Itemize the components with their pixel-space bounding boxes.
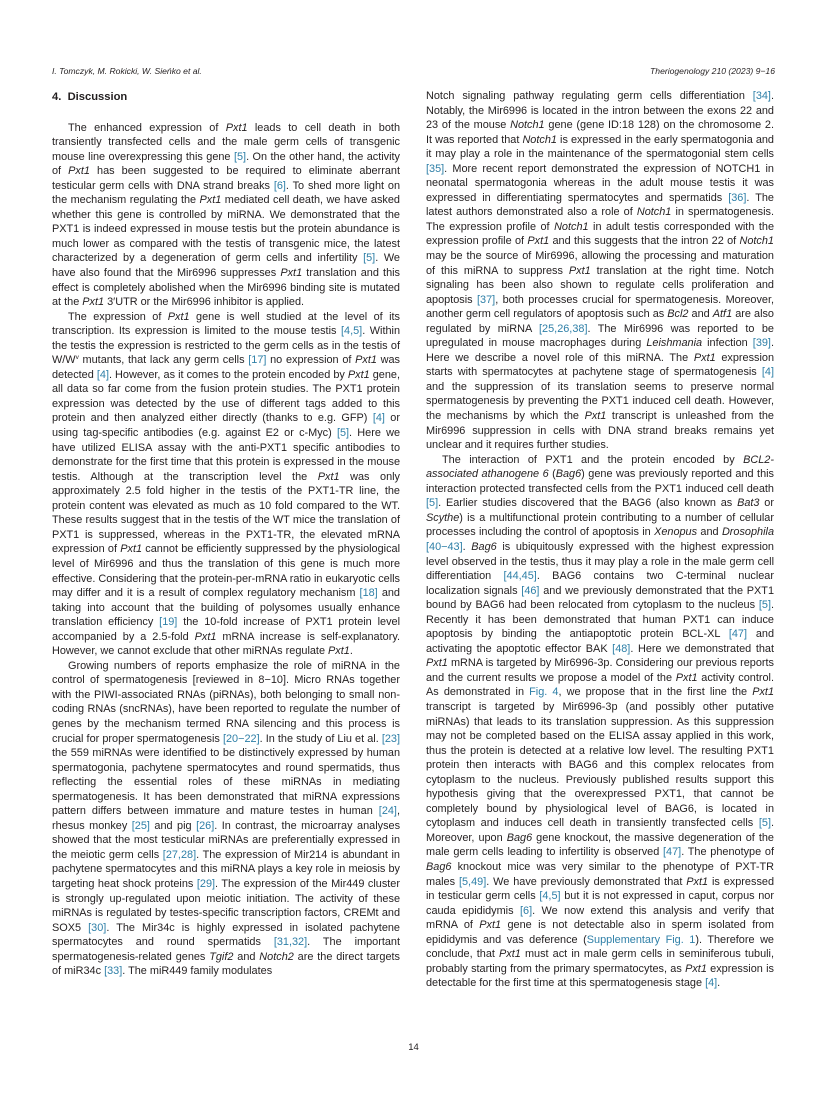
figure-link[interactable]: Fig. 4 [529, 686, 558, 698]
citation-link[interactable]: [47] [663, 846, 681, 858]
page-number: 14 [0, 1042, 827, 1053]
citation-link[interactable]: [4,5] [539, 890, 560, 902]
citation-link[interactable]: [6] [274, 180, 286, 192]
citation-link[interactable]: [5] [759, 817, 771, 829]
citation-link[interactable]: [5] [363, 252, 375, 264]
section-title: Discussion [68, 91, 128, 103]
citation-link[interactable]: [25,26,38] [539, 323, 587, 335]
citation-link[interactable]: [31,32] [274, 936, 307, 948]
section-heading: 4. Discussion [52, 89, 400, 105]
right-column: Notch signaling pathway regulating germ … [426, 89, 774, 991]
citation-link[interactable]: [47] [729, 628, 747, 640]
running-header-journal: Theriogenology 210 (2023) 9−16 [650, 66, 775, 76]
citation-link[interactable]: [27,28] [163, 849, 196, 861]
citation-link[interactable]: [39] [753, 337, 771, 349]
citation-link[interactable]: [4,5] [341, 325, 362, 337]
citation-link[interactable]: [40−43] [426, 541, 463, 553]
citation-link[interactable]: [5] [337, 427, 349, 439]
paragraph: The interaction of PXT1 and the protein … [426, 453, 774, 991]
citation-link[interactable]: [17] [248, 354, 266, 366]
left-column: 4. Discussion The enhanced expression of… [52, 89, 400, 979]
citation-link[interactable]: [4] [762, 366, 774, 378]
citation-link[interactable]: [5,49] [459, 876, 486, 888]
citation-link[interactable]: [6] [520, 905, 532, 917]
citation-link[interactable]: [18] [360, 587, 378, 599]
citation-link[interactable]: [20−22] [223, 733, 260, 745]
section-number: 4. [52, 91, 61, 103]
paragraph: Growing numbers of reports emphasize the… [52, 659, 400, 979]
citation-link[interactable]: [19] [159, 616, 177, 628]
citation-link[interactable]: [4] [373, 412, 385, 424]
citation-link[interactable]: [46] [521, 585, 539, 597]
running-header-authors: I. Tomczyk, M. Rokicki, W. Sieńko et al. [52, 66, 202, 76]
citation-link[interactable]: [37] [477, 294, 495, 306]
citation-link[interactable]: [4] [705, 977, 717, 989]
citation-link[interactable]: [5] [426, 497, 438, 509]
citation-link[interactable]: [24] [379, 805, 397, 817]
citation-link[interactable]: [5] [759, 599, 771, 611]
citation-link[interactable]: [29] [197, 878, 215, 890]
citation-link[interactable]: [5] [234, 151, 246, 163]
citation-link[interactable]: [4] [97, 369, 109, 381]
citation-link[interactable]: [26] [196, 820, 214, 832]
citation-link[interactable]: [23] [382, 733, 400, 745]
citation-link[interactable]: [44,45] [504, 570, 537, 582]
citation-link[interactable]: [34] [753, 90, 771, 102]
citation-link[interactable]: [25] [132, 820, 150, 832]
supplementary-figure-link[interactable]: Supplementary Fig. 1 [587, 934, 696, 946]
citation-link[interactable]: [33] [104, 965, 122, 977]
citation-link[interactable]: [36] [728, 192, 746, 204]
citation-link[interactable]: [35] [426, 163, 444, 175]
paragraph: Notch signaling pathway regulating germ … [426, 89, 774, 453]
citation-link[interactable]: [30] [88, 922, 106, 934]
paragraph: The expression of Pxt1 gene is well stud… [52, 310, 400, 659]
paragraph: The enhanced expression of Pxt1 leads to… [52, 121, 400, 310]
citation-link[interactable]: [48] [612, 643, 630, 655]
